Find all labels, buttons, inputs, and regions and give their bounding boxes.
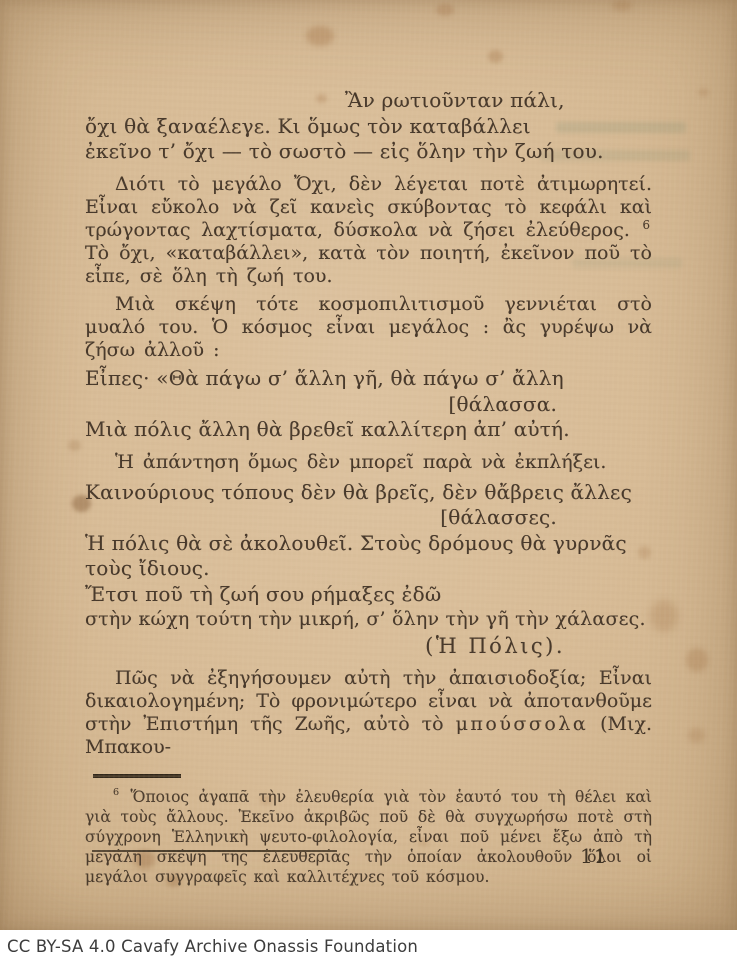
verse-line: ὄχι θὰ ξαναέλεγε. Κι ὅμως τὸν καταβάλλει	[85, 114, 652, 140]
verse-opening: Ἂν ρωτιοῦνταν πάλι, ὄχι θὰ ξαναέλεγε. Κι…	[85, 88, 652, 165]
scanned-paper: Ἂν ρωτιοῦνταν πάλι, ὄχι θὰ ξαναέλεγε. Κι…	[0, 0, 737, 930]
footnote-separator-rule	[93, 774, 181, 778]
license-attribution-bar: CC BY-SA 4.0 Cavafy Archive Onassis Foun…	[0, 930, 737, 962]
verse-line: Ἂν ρωτιοῦνταν πάλι,	[345, 88, 652, 114]
stain	[698, 88, 709, 97]
paragraph: Ἡ ἀπάντηση ὅμως δὲν μπορεῖ παρὰ νὰ ἐκπλή…	[85, 451, 652, 474]
verse-runover-line: [θάλασσα.	[85, 392, 557, 418]
paragraph: Διότι τὸ μεγάλο Ὄχι, δὲν λέγεται ποτὲ ἀτ…	[85, 173, 652, 289]
verse-line: Ἡ πόλις θὰ σὲ ἀκολουθεῖ. Στοὺς δρόμους θ…	[85, 531, 652, 557]
verse-line: ἐκεῖνο τ’ ὄχι — τὸ σωστὸ — εἰς ὅλην τὴν …	[85, 139, 652, 165]
text-column: Ἂν ρωτιοῦνταν πάλι, ὄχι θὰ ξαναέλεγε. Κι…	[85, 88, 652, 888]
verse-line: Μιὰ πόλις ἄλλη θὰ βρεθεῖ καλλίτερη ἀπ’ α…	[85, 417, 652, 443]
footnote-number: 6	[111, 787, 121, 798]
poem-quote: Εἶπες· «Θὰ πάγω σ’ ἄλλη γῆ, θὰ πάγω σ’ ἄ…	[85, 366, 652, 443]
footnote-reference: 6	[641, 218, 653, 232]
poem-title-attribution: (Ἡ Πόλις).	[85, 633, 565, 659]
book-page-scan-view: Ἂν ρωτιοῦνταν πάλι, ὄχι θὰ ξαναέλεγε. Κι…	[0, 0, 737, 962]
stain	[612, 0, 632, 11]
stain	[306, 26, 334, 46]
emphasized-word: μπούσσολα	[456, 713, 589, 735]
verse-line: στὴν κώχη τούτη τὴν μικρή, σ’ ὅλην τὴν γ…	[85, 607, 652, 633]
verse-line: τοὺς ἴδιους.	[85, 556, 652, 582]
verse-line: Εἶπες· «Θὰ πάγω σ’ ἄλλη γῆ, θὰ πάγω σ’ ἄ…	[85, 366, 652, 392]
stain	[686, 648, 708, 672]
closing-rule	[92, 850, 337, 852]
verse-runover-line: [θάλασσες.	[85, 505, 557, 531]
stain	[650, 600, 678, 632]
stain	[488, 50, 503, 63]
stain	[436, 4, 454, 16]
verse-line: Καινούριους τόπους δὲν θὰ βρεῖς, δὲν θἄβ…	[85, 480, 652, 506]
verse-line: Ἔτσι ποῦ τὴ ζωή σου ρήμαξες ἐδῶ	[85, 582, 652, 608]
footnote: 6 Ὅποιος ἀγαπᾶ τὴν ἐλευθερία γιὰ τὸν ἑαυ…	[85, 787, 652, 888]
poem-quote: Καινούριους τόπους δὲν θὰ βρεῖς, δὲν θἄβ…	[85, 480, 652, 659]
license-attribution-text: CC BY-SA 4.0 Cavafy Archive Onassis Foun…	[0, 937, 418, 956]
paragraph: Πῶς νὰ ἐξηγήσουμεν αὐτὴ τὴν ἀπαισιοδοξία…	[85, 667, 652, 760]
paragraph-text: Τὸ ὄχι, «καταβάλλει», κατὰ τὸν ποιητή, ἐ…	[85, 242, 652, 287]
page-number: 11	[580, 844, 607, 868]
paragraph: Μιὰ σκέψη τότε κοσμοπιλιτισμοῦ γεννιέται…	[85, 293, 652, 363]
stain	[68, 440, 81, 451]
paragraph-text: Διότι τὸ μεγάλο Ὄχι, δὲν λέγεται ποτὲ ἀτ…	[85, 173, 652, 241]
stain	[688, 728, 705, 743]
footnote-text: Ὅποιος ἀγαπᾶ τὴν ἐλευθερία γιὰ τὸν ἑαυτό…	[85, 788, 652, 887]
